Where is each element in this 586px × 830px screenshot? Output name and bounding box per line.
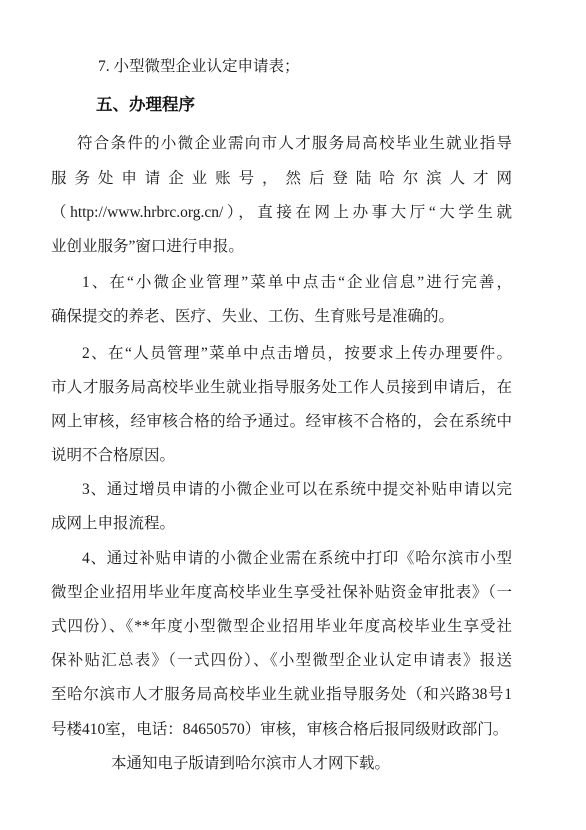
document-body: 7. 小型微型企业认定申请表；五、办理程序符合条件的小微企业需向市人才服务局高校… — [51, 50, 512, 781]
step-4-line-6: 号楼410室，电话：84650570）审核，审核合格后报同级财政部门。 — [51, 713, 512, 747]
step-4-line-3: 式四份）、《**年度小型微型企业招用毕业年度高校毕业生享受社 — [51, 610, 512, 644]
step-2-line-3: 网上审核，经审核合格的给予通过。经审核不合格的，会在系统中 — [51, 405, 512, 439]
step-1-line-1: 1、在“小微企业管理”菜单中点击“企业信息”进行完善， — [51, 266, 512, 300]
para-intro-line-3: （http://www.hrbrc.org.cn/），直接在网上办事大厅“大学生… — [51, 196, 512, 230]
section-heading-5: 五、办理程序 — [51, 88, 512, 122]
attachment-list-item-7: 7. 小型微型企业认定申请表； — [51, 50, 512, 84]
document-page: 7. 小型微型企业认定申请表；五、办理程序符合条件的小微企业需向市人才服务局高校… — [0, 0, 586, 830]
step-2-line-2: 市人才服务局高校毕业生就业指导服务处工作人员接到申请后，在 — [51, 371, 512, 405]
step-2-line-4: 说明不合格原因。 — [51, 439, 512, 473]
step-1-line-2: 确保提交的养老、医疗、失业、工伤、生育账号是准确的。 — [51, 300, 512, 334]
step-3-line-1: 3、通过增员申请的小微企业可以在系统中提交补贴申请以完 — [51, 473, 512, 507]
step-4-line-5: 至哈尔滨市人才服务局高校毕业生就业指导服务处（和兴路38号1 — [51, 678, 512, 712]
para-intro-line-4: 业创业服务”窗口进行申报。 — [51, 230, 512, 264]
step-4-line-4: 保补贴汇总表》（一式四份）、《小型微型企业认定申请表》报送 — [51, 644, 512, 678]
step-4-line-2: 微型企业招用毕业年度高校毕业生享受社保补贴资金审批表》（一 — [51, 576, 512, 610]
step-4-line-1: 4、通过补贴申请的小微企业需在系统中打印《哈尔滨市小型 — [51, 542, 512, 576]
step-2-line-1: 2、在“人员管理”菜单中点击增员，按要求上传办理要件。 — [51, 337, 512, 371]
para-intro-line-1: 符合条件的小微企业需向市人才服务局高校毕业生就业指导 — [51, 127, 512, 161]
closing-note: 本通知电子版请到哈尔滨市人才网下载。 — [51, 747, 512, 781]
para-intro-line-2: 服务处申请企业账号，然后登陆哈尔滨人才网 — [51, 162, 512, 196]
step-3-line-2: 成网上申报流程。 — [51, 507, 512, 541]
